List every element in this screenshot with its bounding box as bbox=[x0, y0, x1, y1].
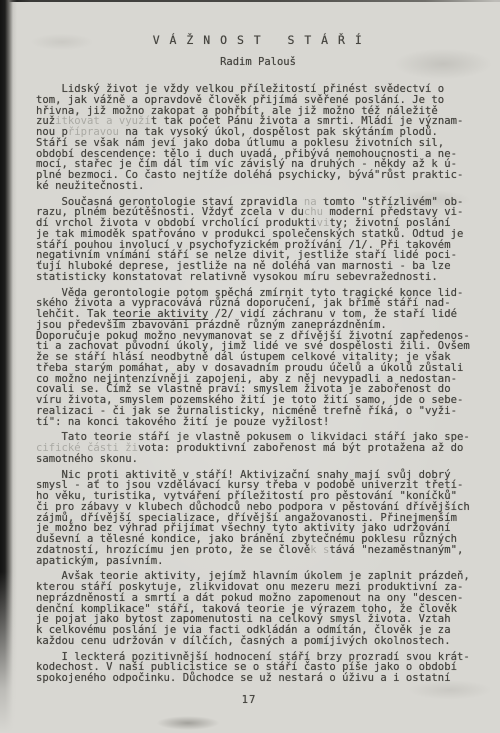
paragraph: Tato teorie stáří je vlastně pokusem o l… bbox=[36, 432, 480, 464]
text-line: každou cenu udržován v dílčích, časných … bbox=[36, 636, 480, 647]
document-title: V Á Ž N O S T S T Á Ř Í bbox=[36, 34, 480, 46]
author-name: Radim Palouš bbox=[36, 57, 480, 68]
paragraph: Avšak teorie aktivity, jejímž hlavním úk… bbox=[36, 571, 480, 646]
text-line: tí": na konci takového žití je pouze vyž… bbox=[36, 417, 480, 428]
scanned-document-page: V Á Ž N O S T S T Á Ř Í Radim Palouš Lid… bbox=[0, 0, 500, 733]
text-line: apatickým, pasívním. bbox=[36, 556, 480, 567]
text-line: ké neužitečnosti. bbox=[36, 181, 480, 192]
page-number: 17 bbox=[36, 694, 480, 706]
text-line: statisticky konstatovat relativně vysoko… bbox=[36, 272, 480, 283]
text-line: spokojeného odpočinku. Důchodce se už ne… bbox=[36, 673, 480, 684]
paragraph: Věda gerontologie potom spěchá zmírnit t… bbox=[36, 288, 480, 428]
paragraph: I leckterá pozitivnější hodnocení stáří … bbox=[36, 652, 480, 684]
paragraph: Lidský život je vždy velkou příležitostí… bbox=[36, 84, 480, 192]
text-line: samotného skonu. bbox=[36, 454, 480, 465]
document-content: V Á Ž N O S T S T Á Ř Í Radim Palouš Lid… bbox=[0, 0, 500, 706]
body-text: Lidský život je vždy velkou příležitostí… bbox=[36, 84, 480, 684]
paragraph: Nic proti aktivitě v stáří! Aktivizační … bbox=[36, 470, 480, 567]
paragraph: Současná gerontologie staví zpravidla na… bbox=[36, 197, 480, 283]
